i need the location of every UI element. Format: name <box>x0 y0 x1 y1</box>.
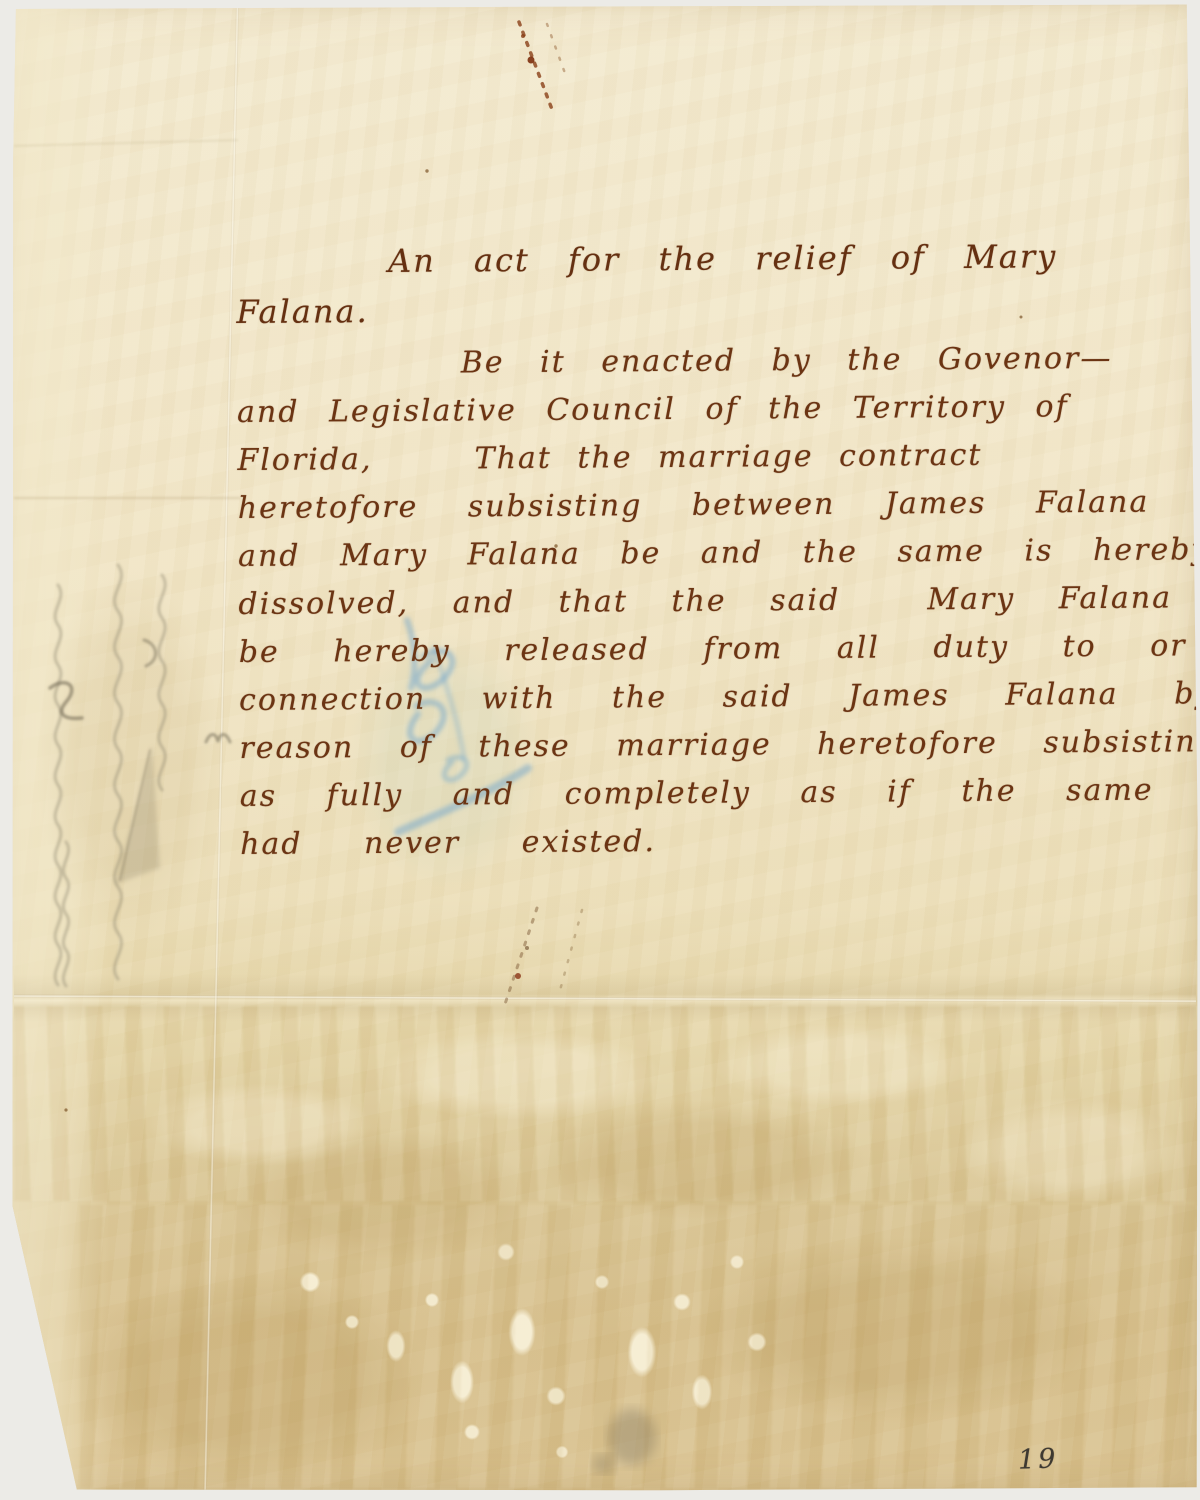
manuscript-text: An act for the relief of Mary Falana. Be… <box>0 0 1200 1500</box>
manuscript-line: be hereby released from all duty to or <box>239 631 1187 668</box>
scanned-document: An act for the relief of Mary Falana. Be… <box>0 0 1200 1500</box>
manuscript-line: and Legislative Council of the Territory… <box>237 392 1069 428</box>
manuscript-line: heretofore subsisting between James Fala… <box>238 488 1150 524</box>
manuscript-line: An act for the relief of Mary <box>388 240 1057 277</box>
manuscript-line: and Mary Falana be and the same is hereb… <box>238 535 1200 572</box>
manuscript-line: Falana. <box>236 295 369 328</box>
manuscript-line: as fully and completely as if the same <box>240 776 1154 812</box>
manuscript-line: Florida, That the marriage contract <box>237 441 982 476</box>
page-number: 19 <box>1018 1445 1059 1473</box>
manuscript-line: connection with the said James Falana by <box>239 679 1200 716</box>
manuscript-line: had never existed. <box>240 827 656 860</box>
manuscript-line: dissolved, and that the said Mary Falana <box>238 583 1172 620</box>
manuscript-line: Be it enacted by the Govenor— <box>461 344 1113 379</box>
manuscript-line: reason of these marriage heretofore subs… <box>239 727 1200 764</box>
paper-sheet: An act for the relief of Mary Falana. Be… <box>0 0 1200 1500</box>
